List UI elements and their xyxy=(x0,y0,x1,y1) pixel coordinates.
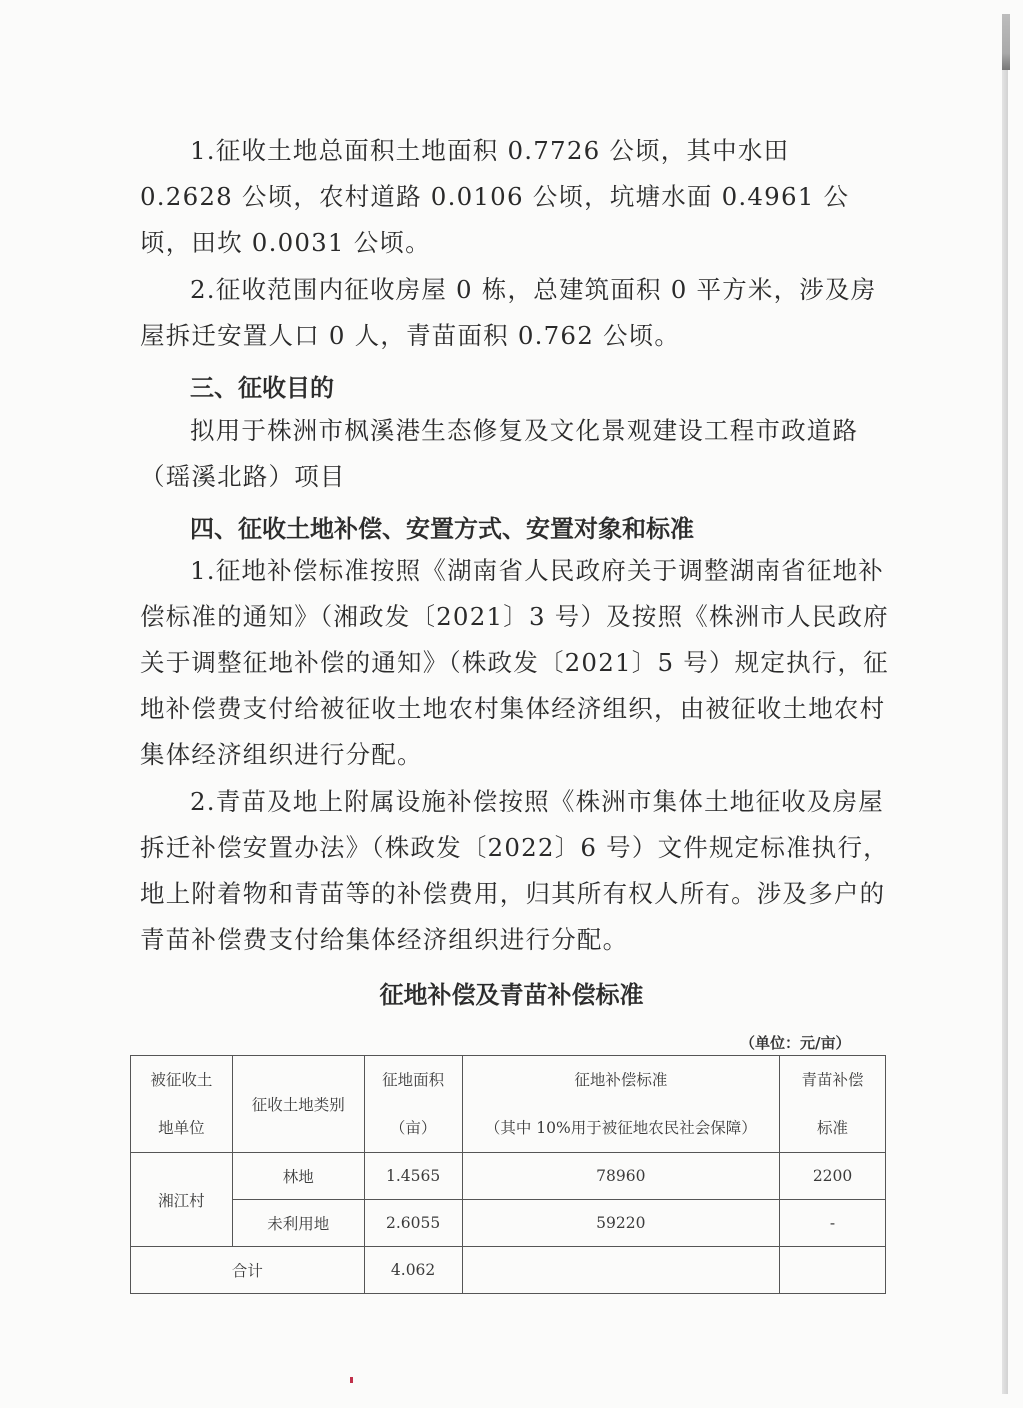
header-compensation: 征地补偿标准 （其中 10%用于被征地农民社会保障） xyxy=(462,1056,780,1153)
crop-cell: 2200 xyxy=(780,1153,886,1200)
table-total-row: 合计 4.062 xyxy=(131,1247,886,1294)
total-crop xyxy=(780,1247,886,1294)
land-type-cell: 未利用地 xyxy=(232,1200,364,1247)
paragraph-land-area: 1.征收土地总面积土地面积 0.7726 公顷，其中水田 0.2628 公顷，农… xyxy=(140,128,890,266)
table-header-row: 被征收土 地单位 征收土地类别 征地面积 （亩） 征地补偿标准 （其中 10%用… xyxy=(131,1056,886,1153)
total-compensation xyxy=(462,1247,780,1294)
land-type-cell: 林地 xyxy=(232,1153,364,1200)
area-cell: 1.4565 xyxy=(364,1153,462,1200)
section-heading-compensation: 四、征收土地补偿、安置方式、安置对象和标准 xyxy=(190,509,694,544)
paragraph-crop-compensation: 2.青苗及地上附属设施补偿按照《株洲市集体土地征收及房屋拆迁补偿安置办法》（株政… xyxy=(140,779,890,963)
village-cell: 湘江村 xyxy=(131,1153,233,1247)
total-label: 合计 xyxy=(131,1247,365,1294)
compensation-cell: 59220 xyxy=(462,1200,780,1247)
table-row: 湘江村 林地 1.4565 78960 2200 xyxy=(131,1153,886,1200)
compensation-cell: 78960 xyxy=(462,1153,780,1200)
paragraph-housing: 2.征收范围内征收房屋 0 栋，总建筑面积 0 平方米，涉及房屋拆迁安置人口 0… xyxy=(140,267,890,359)
paragraph-purpose: 拟用于株洲市枫溪港生态修复及文化景观建设工程市政道路（瑶溪北路）项目 xyxy=(140,408,890,500)
header-land-type: 征收土地类别 xyxy=(232,1056,364,1153)
total-area: 4.062 xyxy=(364,1247,462,1294)
red-ink-mark xyxy=(350,1377,353,1383)
crop-cell: - xyxy=(780,1200,886,1247)
page-edge-mark xyxy=(1002,14,1010,70)
compensation-table: 被征收土 地单位 征收土地类别 征地面积 （亩） 征地补偿标准 （其中 10%用… xyxy=(130,1055,886,1294)
header-crop: 青苗补偿 标准 xyxy=(780,1056,886,1153)
paragraph-land-compensation: 1.征地补偿标准按照《湖南省人民政府关于调整湖南省征地补偿标准的通知》（湘政发〔… xyxy=(140,548,890,778)
page-edge-shadow xyxy=(1002,14,1008,1394)
area-cell: 2.6055 xyxy=(364,1200,462,1247)
table-row: 未利用地 2.6055 59220 - xyxy=(131,1200,886,1247)
table-unit-note: （单位：元/亩） xyxy=(740,1032,850,1053)
table-title: 征地补偿及青苗补偿标准 xyxy=(0,975,1023,1010)
header-area: 征地面积 （亩） xyxy=(364,1056,462,1153)
header-unit: 被征收土 地单位 xyxy=(131,1056,233,1153)
section-heading-purpose: 三、征收目的 xyxy=(190,368,334,403)
